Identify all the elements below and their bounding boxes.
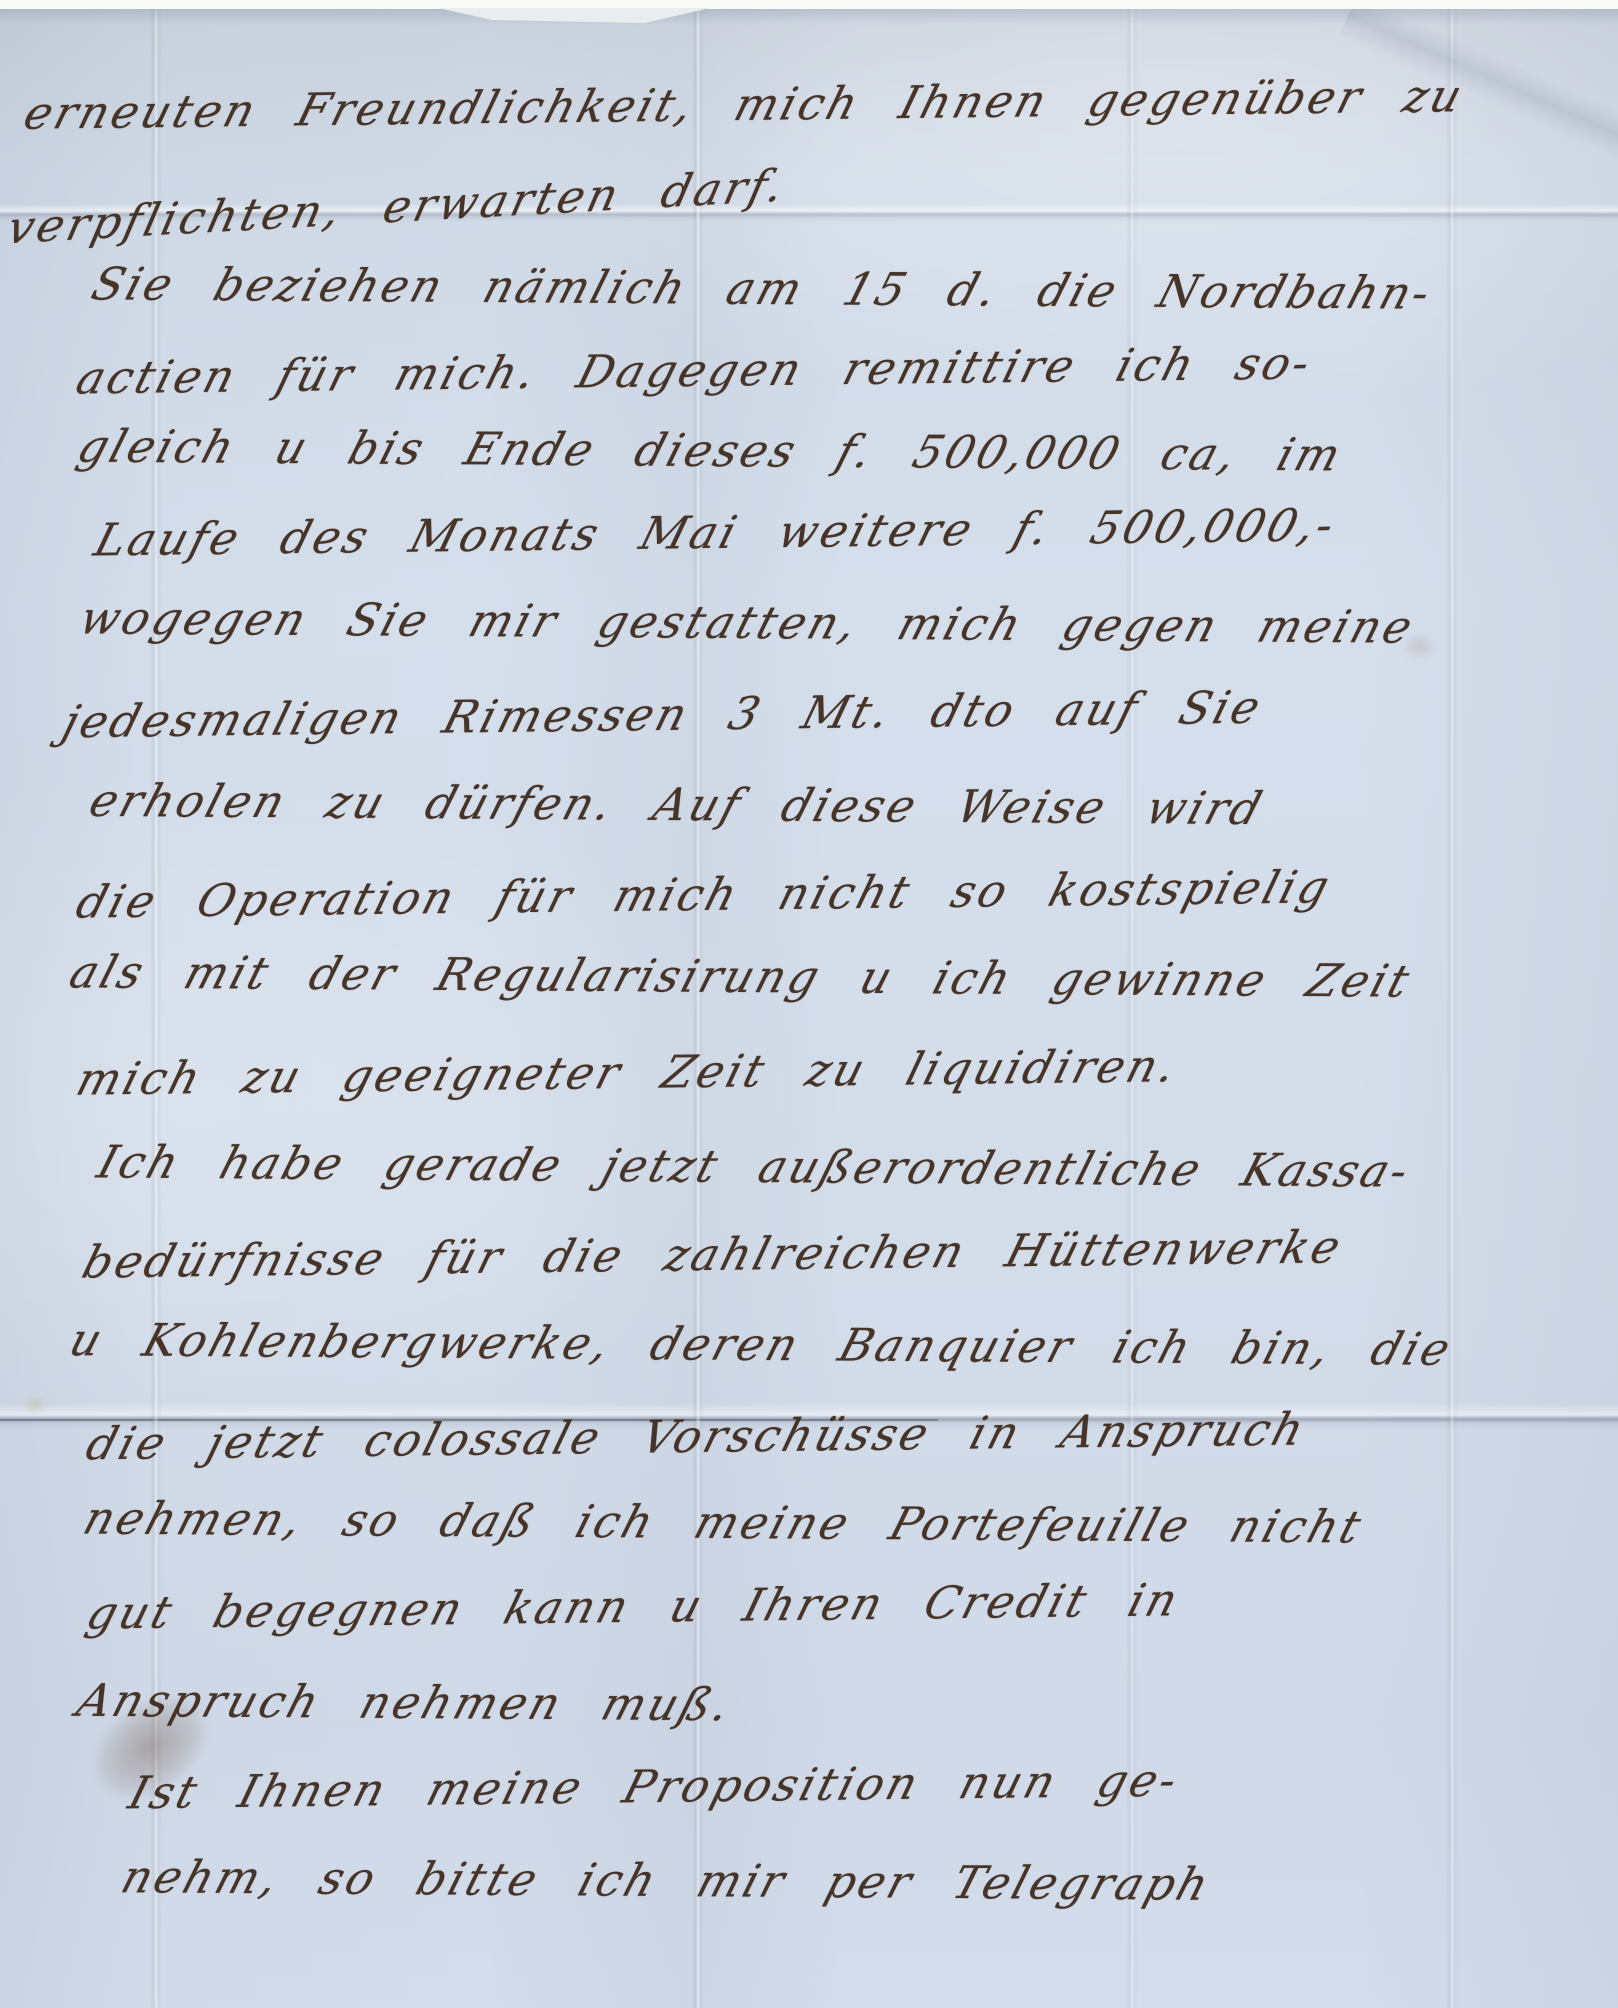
handwriting-line: nehm, so bitte ich mir per Telegraph (122, 1852, 1211, 1910)
handwriting-line: actien für mich. Dagegen remittire ich s… (80, 342, 1309, 400)
handwriting-line: bedürfnisse für die zahlreichen Hüttenwe… (86, 1226, 1340, 1284)
handwriting-line: erneuten Freundlichkeit, mich Ihnen gege… (28, 76, 1461, 134)
handwriting-line: nehmen, so daß ich meine Portefeuille ni… (84, 1494, 1363, 1552)
top-edge-shadow (0, 9, 1618, 25)
handwriting-line: die jetzt colossale Vorschüsse in Anspru… (90, 1408, 1303, 1466)
handwriting-line: gleich u bis Ende dieses f. 500,000 ca, … (78, 422, 1343, 480)
handwriting-line: u Kohlenbergwerke, deren Banquier ich bi… (70, 1316, 1453, 1374)
handwriting-line: mich zu geeigneter Zeit zu liquidiren. (80, 1044, 1175, 1102)
handwriting-line: jedesmaligen Rimessen 3 Mt. dto auf Sie (66, 686, 1259, 744)
handwriting-line: Anspruch nehmen muß. (78, 1674, 732, 1732)
handwriting-line: als mit der Regularisirung u ich gewinne… (70, 948, 1412, 1006)
fold-crease-vertical-far-right (1446, 0, 1458, 2008)
letter-page: erneuten Freundlichkeit, mich Ihnen gege… (0, 0, 1618, 2008)
handwriting-line: Laufe des Monats Mai weitere f. 500,000,… (98, 504, 1333, 562)
handwriting-line: wogegen Sie mir gestatten, mich gegen me… (80, 594, 1415, 652)
fox-spot (20, 1392, 50, 1418)
handwriting-line: Sie beziehen nämlich am 15 d. die Nordba… (92, 260, 1432, 318)
handwriting-line: die Operation für mich nicht so kostspie… (80, 866, 1328, 924)
handwriting-line: gut begegnen kann u Ihren Credit in (90, 1578, 1177, 1636)
handwriting-line: Ich habe gerade jetzt außerordentliche K… (98, 1138, 1411, 1196)
page-top-edge (0, 0, 1618, 9)
handwriting-line: erholen zu dürfen. Auf diese Weise wird (90, 776, 1264, 834)
handwriting-line: Ist Ihnen meine Proposition nun ge- (132, 1758, 1177, 1816)
handwriting-line: verpflichten, erwarten darf. (14, 178, 780, 236)
